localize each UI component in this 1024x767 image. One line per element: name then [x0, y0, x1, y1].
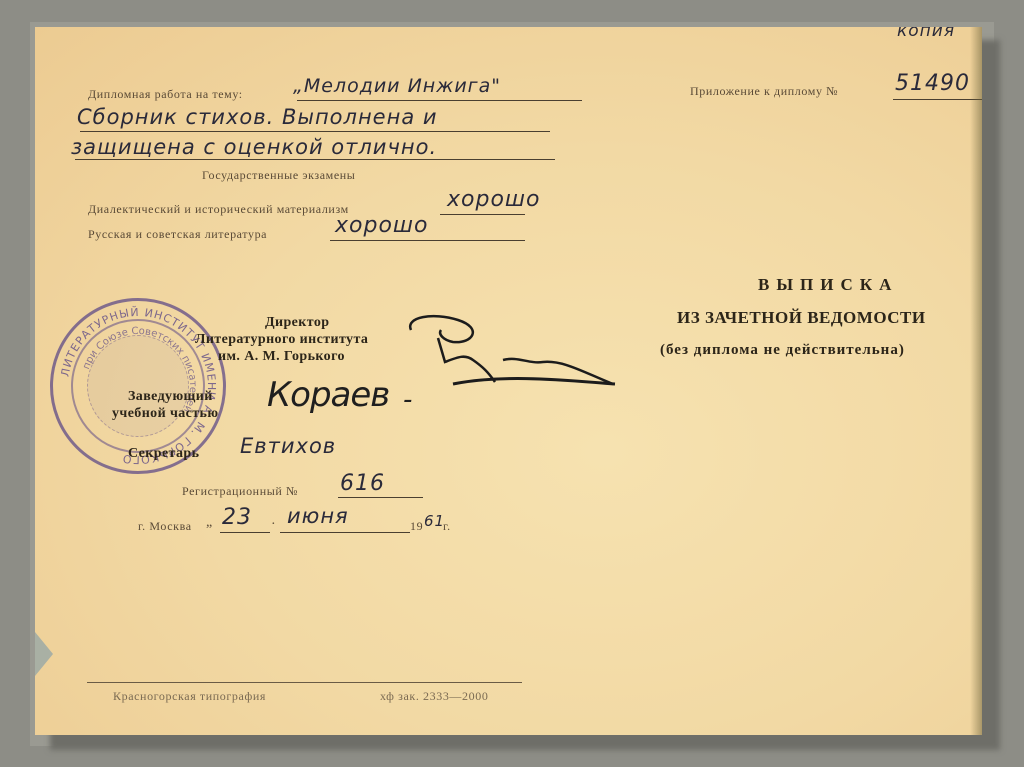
- registration-number: 616: [340, 471, 385, 496]
- thesis-underline-1: [297, 100, 582, 101]
- head-signature: Кораев: [267, 375, 389, 415]
- director-title: Директор: [265, 315, 329, 331]
- footer-rule: [87, 682, 522, 683]
- exam-grade-2: хорошо: [335, 213, 429, 238]
- thesis-underline-2: [80, 131, 550, 132]
- secretary-signature: Евтихов: [240, 434, 336, 458]
- exam-underline-1: [440, 214, 525, 215]
- appendix-number: 51490: [895, 71, 970, 96]
- date-month: июня: [287, 504, 349, 528]
- head-department: учебной частью: [112, 406, 218, 422]
- copy-note: копия: [897, 27, 955, 41]
- exam-subject-2: Русская и советская литература: [88, 227, 267, 242]
- thesis-label: Дипломная работа на тему:: [88, 87, 243, 102]
- year-suffix: 61: [424, 512, 445, 530]
- thesis-line-3: защищена с оценкой отлично.: [71, 135, 437, 159]
- document-title: ВЫПИСКА: [758, 275, 898, 295]
- city-label: г. Москва: [138, 519, 192, 534]
- director-institute: Литературного института: [195, 332, 368, 348]
- exams-heading: Государственные экзамены: [202, 168, 355, 183]
- exam-grade-1: хорошо: [447, 187, 541, 212]
- year-prefix: 19: [410, 519, 423, 534]
- secretary-label: Секретарь: [128, 446, 199, 462]
- printer-name: Красногорская типография: [113, 689, 266, 704]
- order-info: хф зак. 2333—2000: [380, 689, 488, 704]
- date-month-underline: [280, 532, 410, 533]
- thesis-underline-3: [75, 159, 555, 160]
- document-subtitle: ИЗ ЗАЧЕТНОЙ ВЕДОМОСТИ: [677, 308, 926, 328]
- year-end: г.: [443, 519, 451, 534]
- head-title: Заведующий: [128, 389, 213, 405]
- signature-dash: -: [403, 385, 413, 415]
- date-day-underline: [220, 532, 270, 533]
- registration-label: Регистрационный №: [182, 484, 298, 499]
- registration-underline: [338, 497, 423, 498]
- thesis-title: „Мелодии Инжига": [293, 75, 501, 97]
- appendix-label: Приложение к диплому №: [690, 84, 838, 99]
- exam-subject-1: Диалектический и исторический материализ…: [88, 202, 349, 217]
- document-page: копия Приложение к диплому № 51490 Дипло…: [35, 27, 982, 735]
- thesis-line-2: Сборник стихов. Выполнена и: [77, 105, 438, 129]
- date-quote-open: „: [206, 515, 213, 531]
- date-quote-close: ·: [271, 517, 276, 533]
- exam-underline-2: [330, 240, 525, 241]
- appendix-underline: [893, 99, 982, 100]
- director-signature-icon: [403, 312, 618, 387]
- date-day: 23: [222, 505, 252, 530]
- validity-note: (без диплома не действительна): [660, 342, 905, 359]
- director-institute-name: им. А. М. Горького: [218, 349, 345, 365]
- paper-tear: [35, 632, 53, 676]
